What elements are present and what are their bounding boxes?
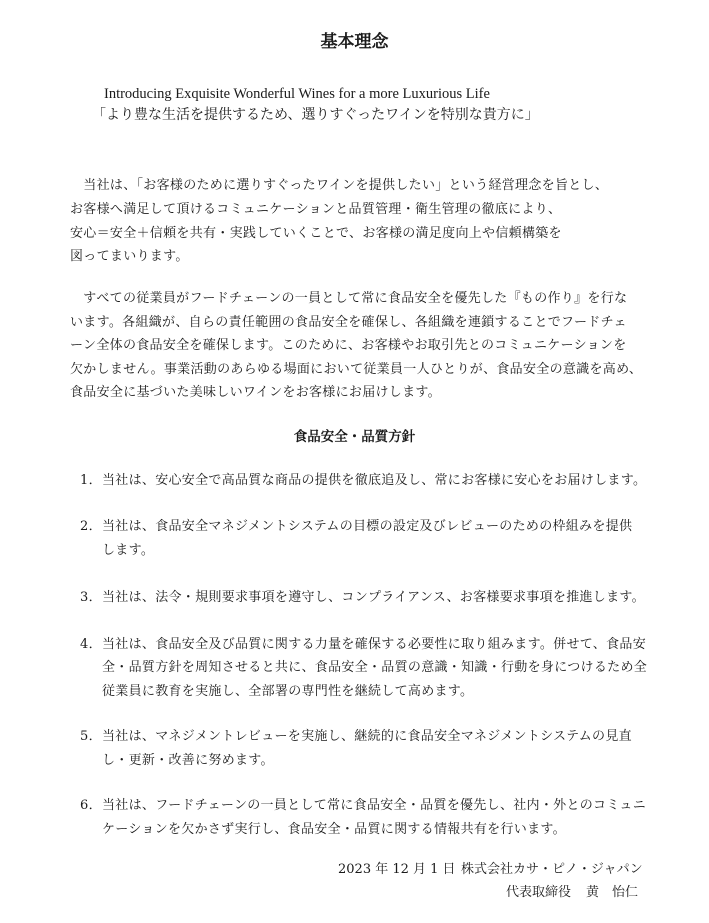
policy-line: 4．当社は、食品安全及び品質に関する力量を確保する必要性に取り組みます。併せて、… (80, 636, 646, 654)
signature-role: 代表取締役 (506, 884, 571, 902)
policy-line: します。 (102, 542, 154, 560)
policy-line: 2．当社は、食品安全マネジメントシステムの目標の設定及びレビューのための枠組みを… (80, 518, 632, 536)
policy-line: 5．当社は、マネジメントレビューを実施し、継続的に食品安全マネジメントシステムの… (80, 728, 632, 746)
policy-number: 2． (80, 518, 102, 536)
policy-text: 当社は、安心安全で高品質な商品の提供を徹底追及し、常にお客様に安心をお届けします… (102, 473, 646, 488)
paragraph-line: います。各組織が、自らの責任範囲の食品安全を確保し、各組織を連鎖することでフード… (70, 314, 627, 332)
page-title: 基本理念 (0, 31, 709, 53)
subtitle-english: Introducing Exquisite Wonderful Wines fo… (104, 84, 490, 104)
paragraph-line: ーン全体の食品安全を確保します。このために、お客様やお取引先とのコミュニケーショ… (70, 337, 627, 355)
paragraph-line: 当社は、「お客様のために選りすぐったワインを提供したい」という経営理念を旨とし、 (70, 177, 608, 195)
policy-line: 3．当社は、法令・規則要求事項を遵守し、コンプライアンス、お客様要求事項を推進し… (80, 589, 645, 607)
policy-number: 1． (80, 472, 102, 490)
policy-number: 3． (80, 589, 102, 607)
policy-text: 当社は、食品安全マネジメントシステムの目標の設定及びレビューのための枠組みを提供 (102, 519, 632, 534)
paragraph-line: 安心＝安全＋信頼を共有・実践していくことで、お客様の満足度向上や信頼構築を (70, 225, 562, 243)
policy-line: 全・品質方針を周知させると共に、食品安全・品質の意識・知識・行動を身につけるため… (102, 659, 647, 677)
policy-heading: 食品安全・品質方針 (0, 428, 709, 446)
paragraph-line: すべての従業員がフードチェーンの一員として常に食品安全を優先した『もの作り』を行… (70, 290, 627, 308)
policy-text: 当社は、法令・規則要求事項を遵守し、コンプライアンス、お客様要求事項を推進します… (102, 590, 645, 605)
paragraph-line: お客様へ満足して頂けるコミュニケーションと品質管理・衛生管理の徹底により、 (70, 201, 561, 219)
policy-text: 当社は、食品安全及び品質に関する力量を確保する必要性に取り組みます。併せて、食品… (102, 637, 646, 652)
policy-line: し・更新・改善に努めます。 (102, 752, 274, 770)
paragraph-line: 食品安全に基づいた美味しいワインをお客様にお届けします。 (70, 384, 441, 402)
policy-line: 6．当社は、フードチェーンの一員として常に食品安全・品質を優先し、社内・外とのコ… (80, 797, 646, 815)
policy-number: 6． (80, 797, 102, 815)
paragraph-line: 図ってまいります。 (70, 248, 189, 266)
policy-line: ケーションを欠かさず実行し、食品安全・品質に関する情報共有を行います。 (102, 821, 566, 839)
policy-line: 1．当社は、安心安全で高品質な商品の提供を徹底追及し、常にお客様に安心をお届けし… (80, 472, 646, 490)
paragraph-line: 欠かしません。事業活動のあらゆる場面において従業員一人ひとりが、食品安全の意識を… (70, 361, 642, 379)
signature-company: 株式会社カサ・ピノ・ジャパン (461, 861, 643, 879)
policy-text: 当社は、マネジメントレビューを実施し、継続的に食品安全マネジメントシステムの見直 (102, 729, 632, 744)
policy-line: 従業員に教育を実施し、全部署の専門性を継続して高めます。 (102, 683, 473, 701)
policy-text: 当社は、フードチェーンの一員として常に食品安全・品質を優先し、社内・外とのコミュ… (102, 798, 646, 813)
policy-number: 4． (80, 636, 102, 654)
subtitle-japanese: 「より豊な生活を提供するため、選りすぐったワインを特別な貴方に」 (92, 105, 539, 125)
policy-number: 5． (80, 728, 102, 746)
signature-name: 黄 怡仁 (586, 884, 638, 902)
signature-date: 2023 年 12 月 1 日 (338, 861, 456, 879)
